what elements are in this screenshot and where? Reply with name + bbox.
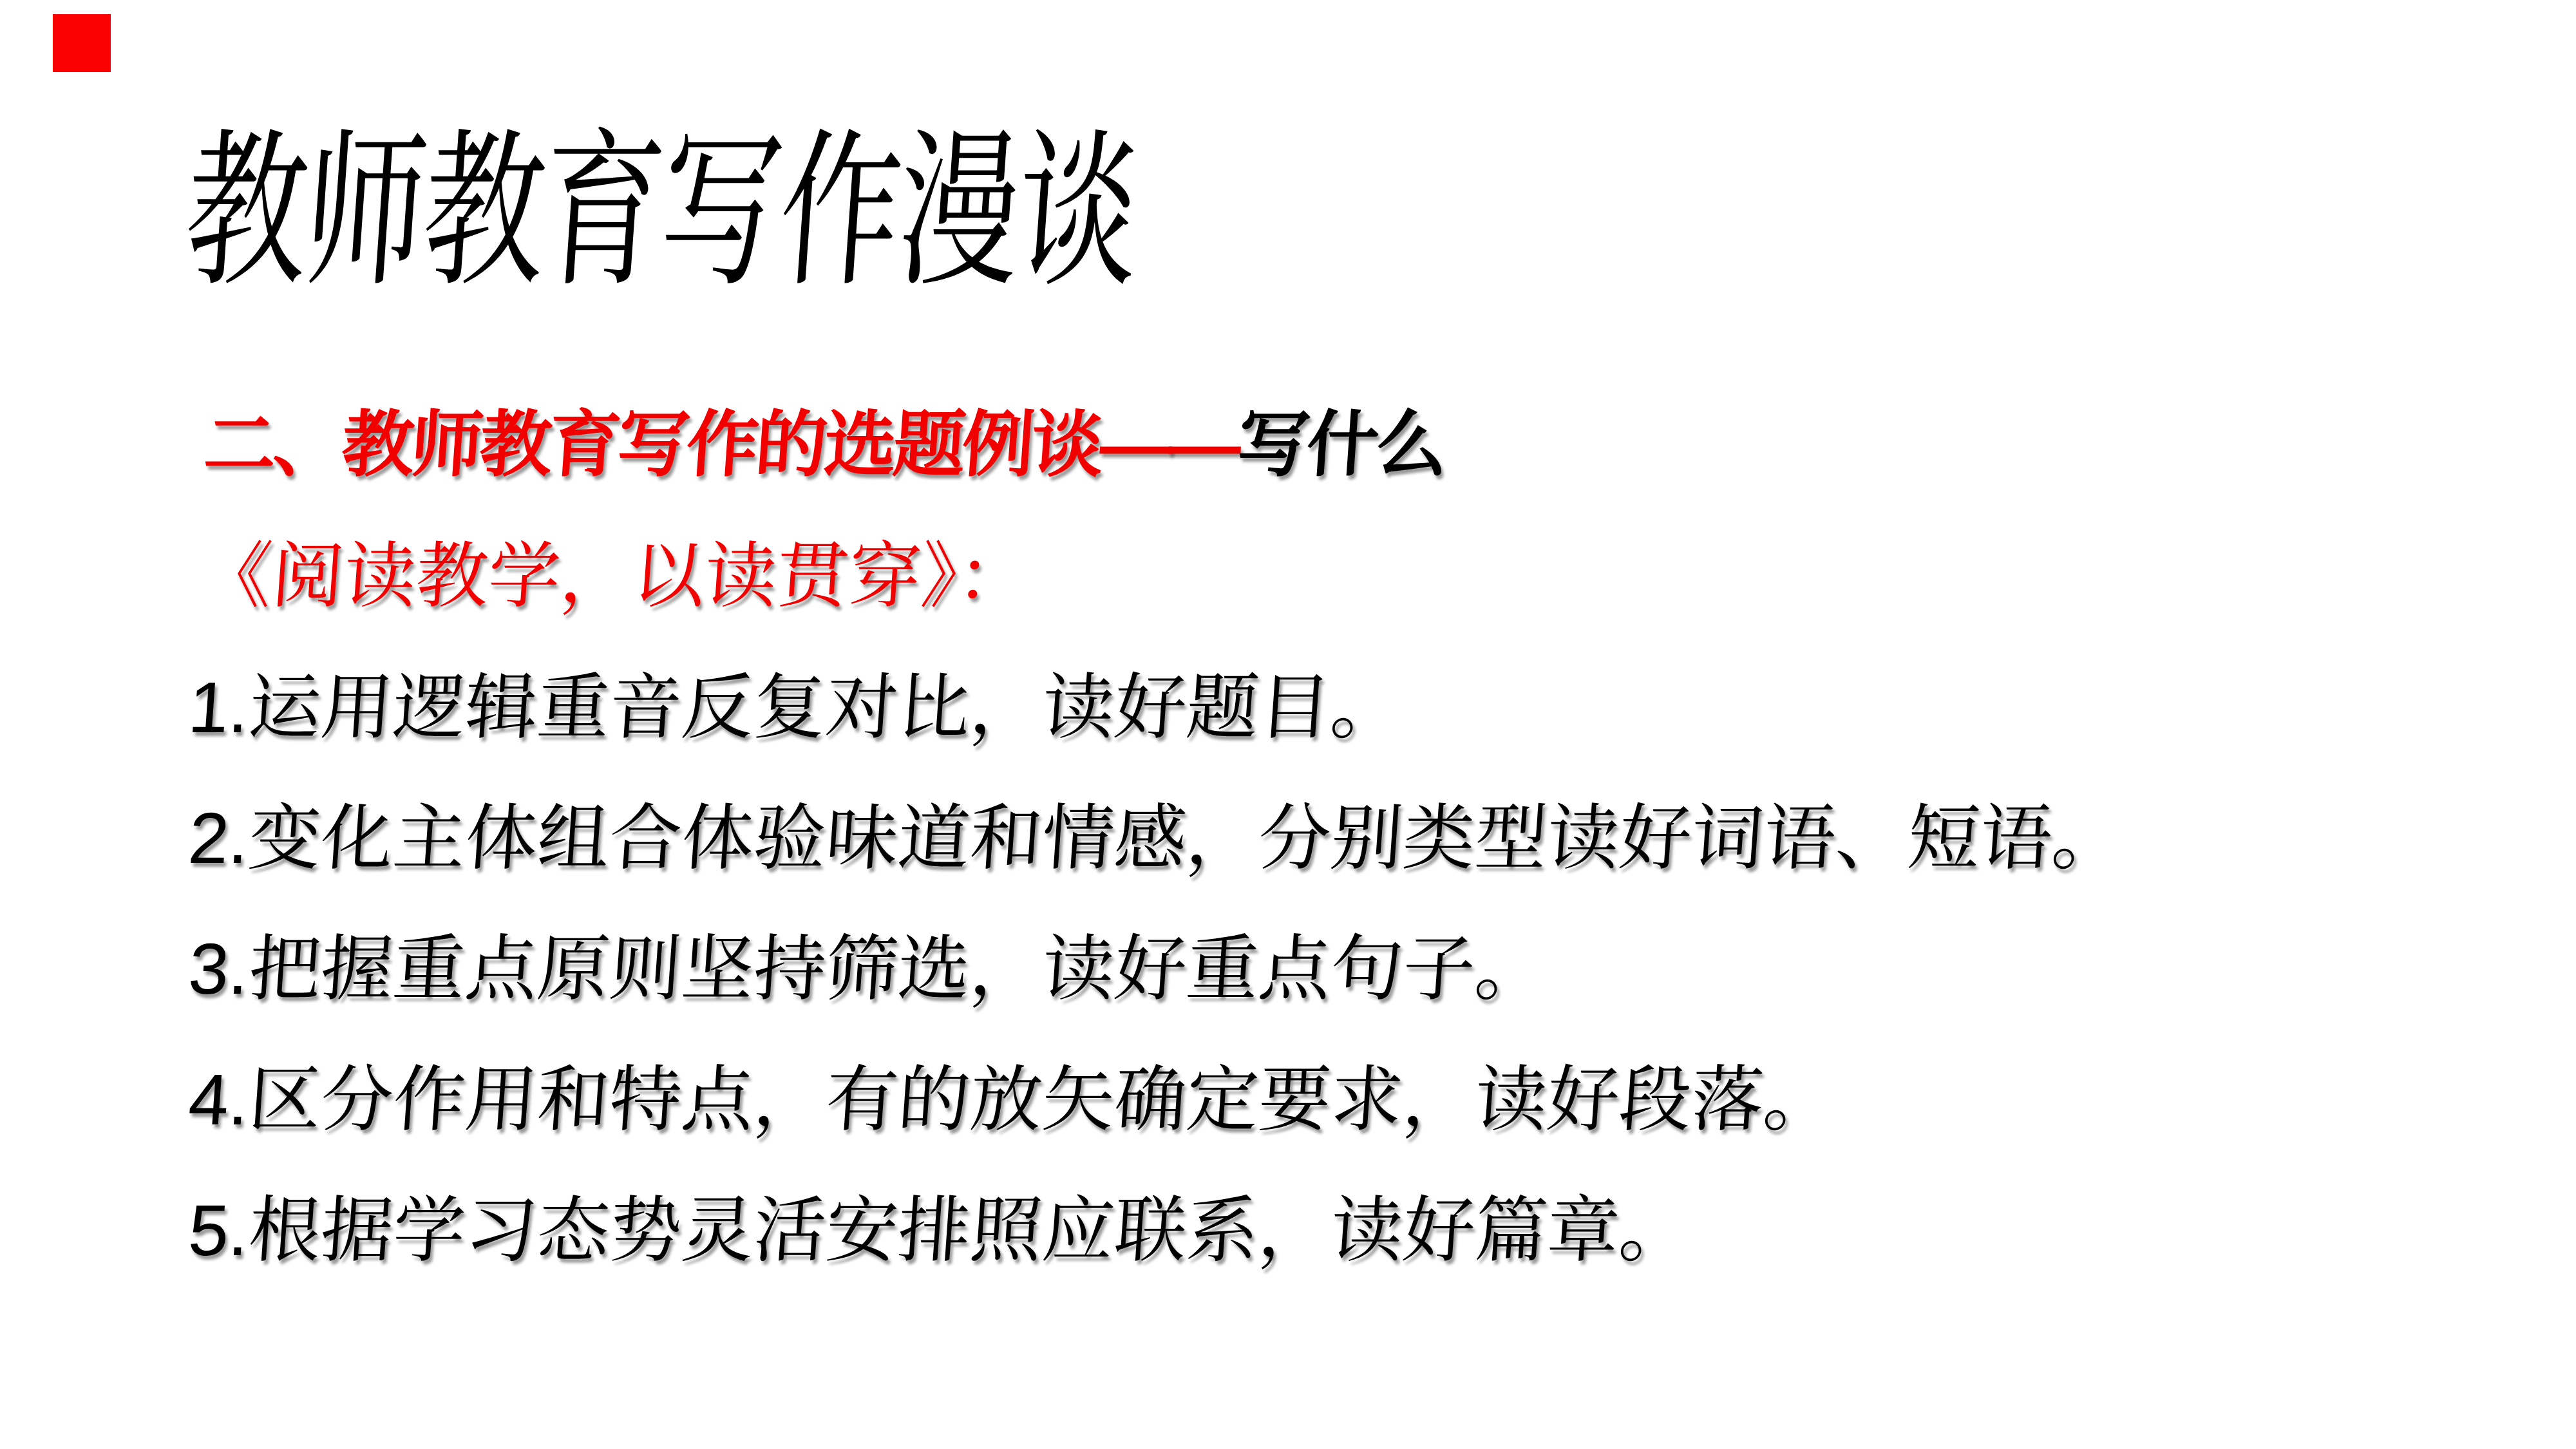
list-item: 4.区分作用和特点，有的放矢确定要求，读好段落。 [185, 1053, 1839, 1147]
list-item: 2.变化主体组合体验味道和情感，分别类型读好词语、短语。 [185, 791, 2128, 885]
section-heading: 二、教师教育写作的选题例谈——写什么 [201, 398, 1448, 492]
list-item: 3.把握重点原则坚持筛选，读好重点句子。 [185, 922, 1551, 1016]
slide-title: 教师教育写作漫谈 [180, 115, 1143, 308]
presentation-slide: 教师教育写作漫谈 二、教师教育写作的选题例谈——写什么 《阅读教学，以读贯穿》：… [0, 0, 2576, 1449]
section-heading-black-text: 写什么 [1235, 404, 1448, 485]
section-heading-red-text: 二、教师教育写作的选题例谈—— [202, 404, 1241, 485]
list-item: 5.根据学习态势灵活安排照应联系，读好篇章。 [185, 1184, 1695, 1278]
red-square-accent [53, 14, 111, 72]
list-item: 1.运用逻辑重音反复对比，读好题目。 [185, 661, 1406, 755]
book-reference-line: 《阅读教学，以读贯穿》： [196, 529, 1032, 623]
